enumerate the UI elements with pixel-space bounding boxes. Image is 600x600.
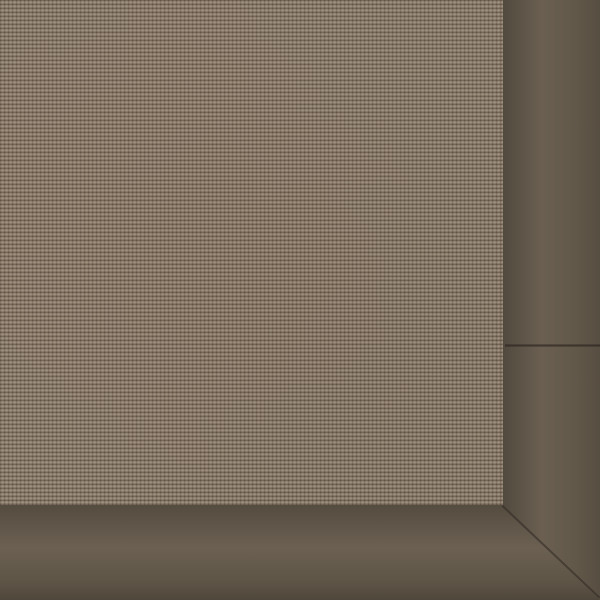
sisal-weave-field bbox=[0, 0, 503, 505]
rug-corner-photo bbox=[0, 0, 600, 600]
border-seam bbox=[505, 344, 600, 347]
leather-border-bottom bbox=[0, 505, 600, 600]
leather-border-right bbox=[503, 0, 600, 600]
